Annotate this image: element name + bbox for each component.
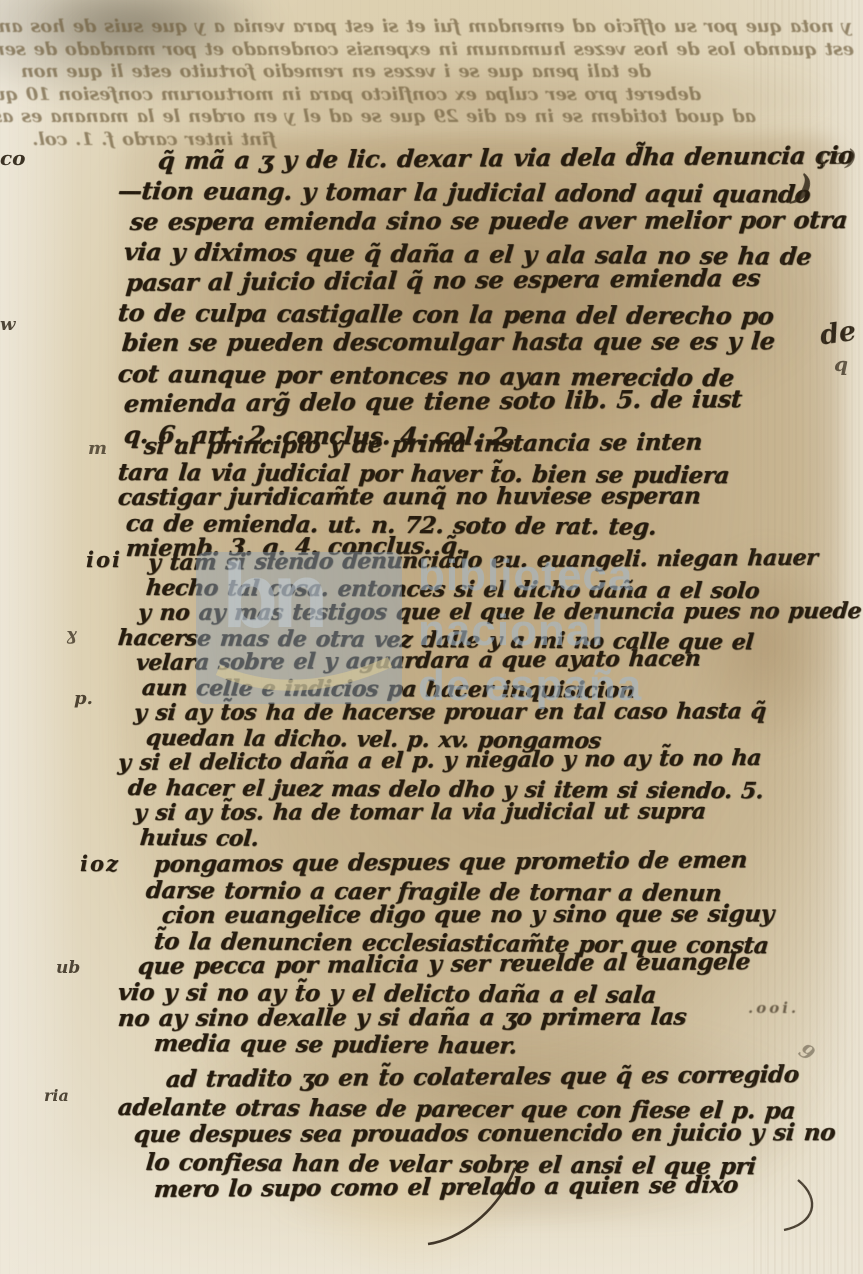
handwritten-line: y si ay t̃os. ha de tomar la via judicia… xyxy=(133,799,863,826)
verso-bleed-line: y nota que por su officio ad emendam fui… xyxy=(8,16,852,39)
handwritten-line: y si ay t̃os ha de hacerse prouar en tal… xyxy=(133,699,863,726)
handwritten-line: que pecca por malicia y ser reuelde al e… xyxy=(137,949,863,980)
edge-ink-mark: ria xyxy=(44,1086,69,1105)
handwritten-line: ad tradito ʒo en t̃o colaterales que q̃ … xyxy=(165,1061,863,1094)
handwritten-line: que despues sea prouados conuencido en j… xyxy=(133,1119,863,1148)
margin-number-001: .ooi. xyxy=(748,999,799,1017)
verso-bleed-line: est quando los de hos vezes humanum in e… xyxy=(8,39,854,62)
handwritten-paragraph-2: si al principio y de prima instancia se … xyxy=(118,434,863,562)
handwritten-line: si al principio y de prima instancia se … xyxy=(143,428,863,459)
handwritten-line: castigar juridicam̃te aunq̃ no huviese e… xyxy=(117,483,863,511)
edge-ink-mark: m xyxy=(88,438,107,459)
handwritten-line: mero lo supo como el prelado a quien se … xyxy=(153,1170,863,1203)
handwritten-line: velara sobre el y aguardara a que ayato … xyxy=(135,645,863,676)
verso-bleed-line: ad quod totidem se in ea die 29 que se a… xyxy=(8,106,756,129)
margin-number-102: ioz xyxy=(80,851,120,876)
handwritten-paragraph-5: ad tradito ʒo en t̃o colaterales que q̃ … xyxy=(118,1066,863,1204)
margin-number-101: ioi xyxy=(86,547,122,572)
handwritten-line: emienda arg̃ delo que tiene soto lib. 5.… xyxy=(123,383,863,419)
handwritten-line: q̃ mã a ʒ y de lic. dexar la via dela d̃… xyxy=(157,140,863,176)
handwritten-line: y tam̃ si siendo denunciado eu. euangeli… xyxy=(147,545,863,576)
handwritten-paragraph-3: y tam̃ si siendo denunciado eu. euangeli… xyxy=(118,551,863,851)
handwritten-line: pongamos que despues que prometio de eme… xyxy=(153,846,863,877)
handwritten-line: bien se pueden descomulgar hasta que se … xyxy=(121,326,863,358)
edge-ink-mark: ɣ xyxy=(66,624,77,645)
handwritten-line: y no ay mas testigos que el que le denun… xyxy=(137,599,863,626)
handwritten-line: pasar al juicio dicial q̃ no se espera e… xyxy=(125,262,863,298)
verso-bleed-line: de tali pena que se i vezes en remedio f… xyxy=(8,61,651,84)
edge-ink-mark: p. xyxy=(74,688,93,709)
handwritten-line: y si el delicto daña a el p. y niegalo y… xyxy=(117,745,863,776)
edge-ink-mark: w xyxy=(0,314,16,335)
verso-showthrough-text: y nota que por su officio ad emendam fui… xyxy=(8,16,856,151)
handwritten-paragraph-1: q̃ mã a ʒ y de lic. dexar la via dela d̃… xyxy=(118,146,863,450)
manuscript-page: y nota que por su officio ad emendam fui… xyxy=(0,0,863,1274)
handwritten-line: cion euangelice digo que no y sino que s… xyxy=(161,901,863,928)
verso-bleed-line: deberet pro ser culpa ex conflicto para … xyxy=(8,84,701,107)
handwritten-paragraph-4: pongamos que despues que prometio de eme… xyxy=(118,852,863,1057)
edge-ink-mark: ub xyxy=(56,958,80,978)
handwritten-line: media que se pudiere hauer. xyxy=(153,1031,863,1062)
handwritten-line: se espera emienda sino se puede aver mel… xyxy=(129,205,863,237)
